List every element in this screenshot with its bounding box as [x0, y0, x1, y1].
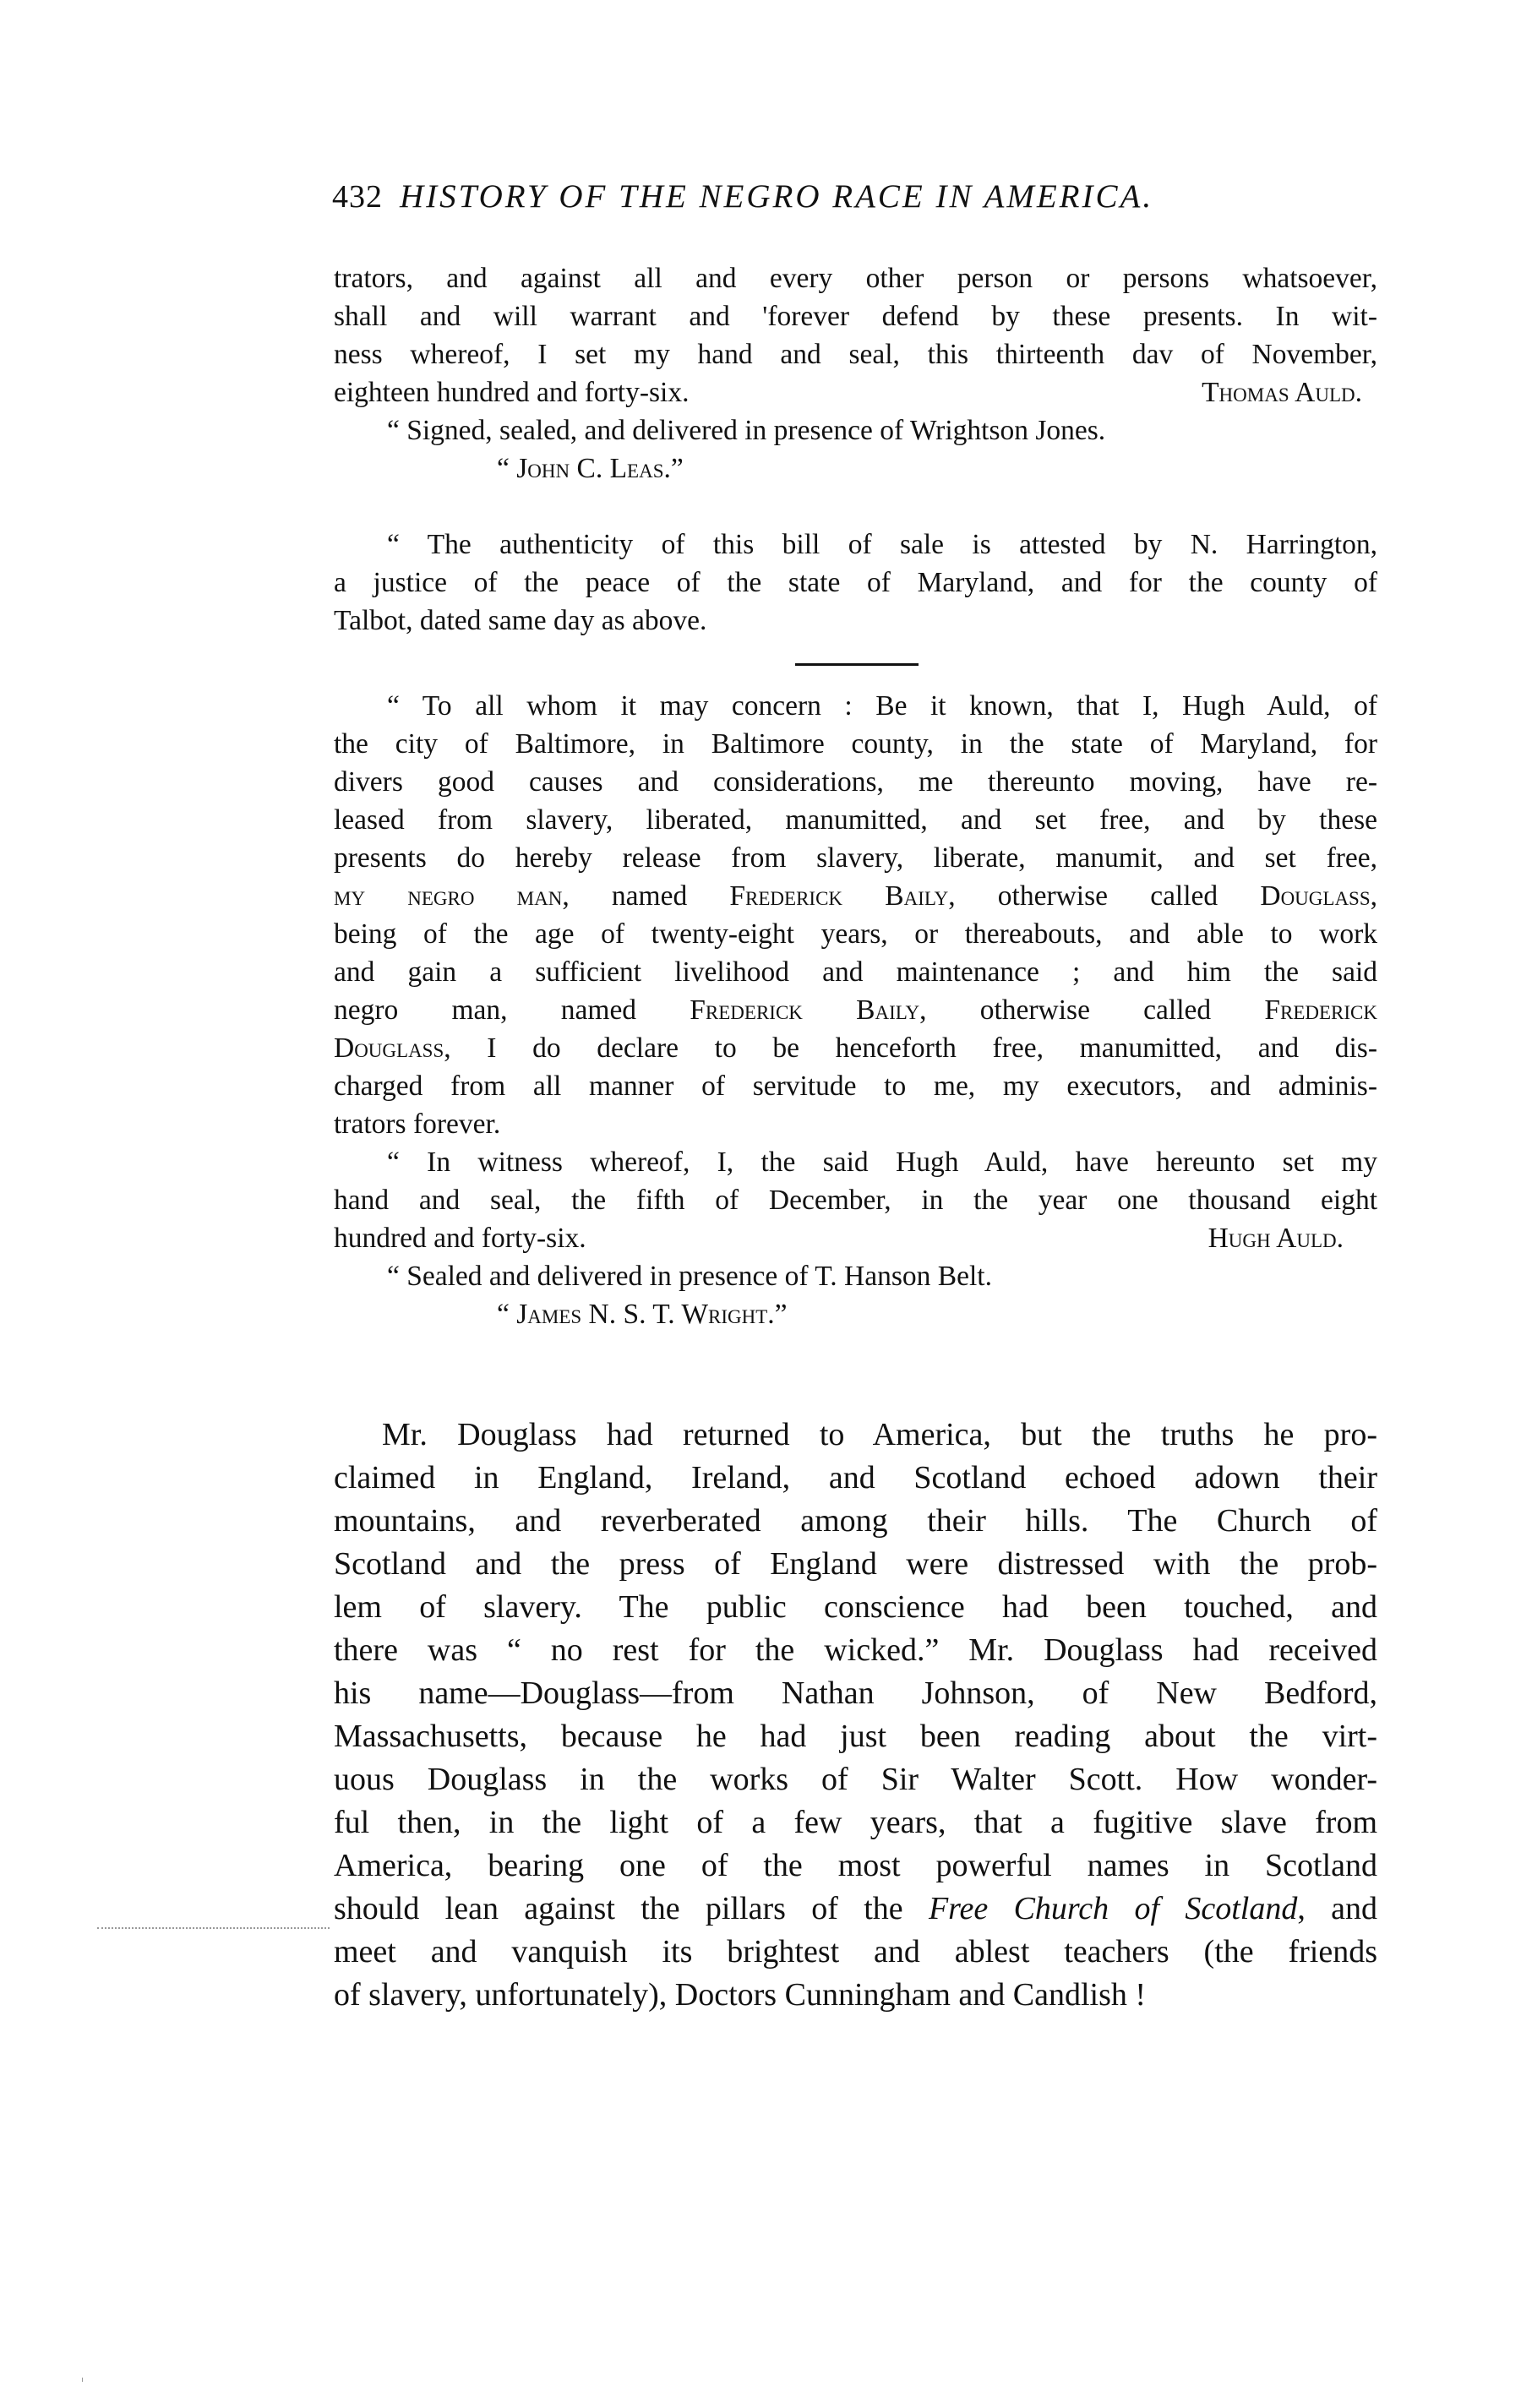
section-divider — [795, 663, 919, 666]
text-fragment: eighteen hundred and forty-six. — [334, 377, 689, 408]
text-line: trators forever. — [334, 1105, 1377, 1143]
running-title: HISTORY OF THE NEGRO RACE IN AMERICA. — [400, 178, 1153, 215]
witness-name: “ John C. Leas.” — [497, 449, 1377, 488]
witness-line: “ Signed, sealed, and delivered in prese… — [387, 411, 1377, 449]
scan-artifact — [82, 2378, 83, 2382]
text-fragment: , and — [1297, 1891, 1377, 1926]
small-caps-fragment: Douglass — [334, 1032, 444, 1064]
text-line: “ To all whom it may concern : Be it kno… — [387, 687, 1377, 725]
text-line-with-signature: eighteen hundred and forty-six. Thomas A… — [334, 373, 1377, 411]
text-line: “ The authenticity of this bill of sale … — [387, 526, 1377, 564]
text-fragment: , — [1371, 880, 1377, 912]
text-line: Scotland and the press of England were d… — [334, 1543, 1377, 1586]
text-line: trators, and against all and every other… — [334, 259, 1377, 297]
small-caps-fragment: Frederick — [1264, 994, 1377, 1026]
text-line: Massachusetts, because he had just been … — [334, 1715, 1377, 1758]
small-caps-fragment: Frederick Baily — [729, 880, 948, 912]
text-line: “ In witness whereof, I, the said Hugh A… — [387, 1143, 1377, 1181]
page-header: 432 HISTORY OF THE NEGRO RACE IN AMERICA… — [332, 177, 1388, 215]
text-line: presents do hereby release from slavery,… — [334, 839, 1377, 877]
text-line: hand and seal, the fifth of December, in… — [334, 1181, 1377, 1219]
text-line: the city of Baltimore, in Baltimore coun… — [334, 725, 1377, 763]
signature-thomas-auld: Thomas Auld. — [1202, 373, 1362, 411]
text-line: charged from all manner of servitude to … — [334, 1067, 1377, 1105]
text-line: a justice of the peace of the state of M… — [334, 564, 1377, 602]
italic-fragment: Free Church of Scotland — [929, 1891, 1297, 1926]
text-fragment: should lean against the pillars of the — [334, 1891, 929, 1926]
text-line: being of the age of twenty-eight years, … — [334, 915, 1377, 953]
text-fragment: , named — [562, 880, 729, 912]
text-line: shall and will warrant and 'forever defe… — [334, 297, 1377, 335]
book-page: 432 HISTORY OF THE NEGRO RACE IN AMERICA… — [0, 0, 1521, 2408]
text-line: my negro man, named Frederick Baily, oth… — [334, 877, 1377, 915]
text-line: uous Douglass in the works of Sir Walter… — [334, 1758, 1377, 1801]
witness-name: “ James N. S. T. Wright.” — [497, 1295, 1377, 1333]
text-line: divers good causes and considerations, m… — [334, 763, 1377, 801]
page-number: 432 — [332, 179, 383, 215]
text-fragment: , otherwise called — [948, 880, 1260, 912]
text-line: of slavery, unfortunately), Doctors Cunn… — [334, 1974, 1377, 2017]
signature-hugh-auld: Hugh Auld. — [1208, 1219, 1344, 1257]
text-line: lem of slavery. The public conscience ha… — [334, 1586, 1377, 1629]
text-fragment: hundred and forty-six. — [334, 1223, 586, 1254]
witness-line: “ Sealed and delivered in presence of T.… — [387, 1257, 1377, 1295]
text-line: leased from slavery, liberated, manumitt… — [334, 801, 1377, 839]
text-line: and gain a sufficient livelihood and mai… — [334, 953, 1377, 991]
text-line: meet and vanquish its brightest and able… — [334, 1931, 1377, 1974]
text-line: Talbot, dated same day as above. — [334, 602, 1377, 640]
text-line: mountains, and reverberated among their … — [334, 1500, 1377, 1543]
text-line: ful then, in the light of a few years, t… — [334, 1801, 1377, 1844]
small-caps-fragment: Frederick Baily — [690, 994, 919, 1026]
text-line: his name—Douglass—from Nathan Johnson, o… — [334, 1672, 1377, 1715]
text-line: claimed in England, Ireland, and Scotlan… — [334, 1457, 1377, 1500]
text-fragment: , I do declare to be henceforth free, ma… — [444, 1032, 1377, 1064]
text-line: negro man, named Frederick Baily, otherw… — [334, 991, 1377, 1029]
small-caps-fragment: Douglass — [1260, 880, 1370, 912]
text-line: America, bearing one of the most powerfu… — [334, 1844, 1377, 1888]
text-line-with-signature: hundred and forty-six. Hugh Auld. — [334, 1219, 1377, 1257]
text-line: there was “ no rest for the wicked.” Mr.… — [334, 1629, 1377, 1672]
small-caps-fragment: my negro man — [334, 880, 562, 912]
scan-artifact — [97, 1927, 330, 1929]
text-fragment: , otherwise called — [919, 994, 1264, 1026]
text-line: Douglass, I do declare to be henceforth … — [334, 1029, 1377, 1067]
text-line: should lean against the pillars of the F… — [334, 1888, 1377, 1931]
text-fragment: negro man, named — [334, 994, 690, 1026]
text-line: Mr. Douglass had returned to America, bu… — [382, 1414, 1377, 1457]
text-line: ness whereof, I set my hand and seal, th… — [334, 335, 1377, 373]
